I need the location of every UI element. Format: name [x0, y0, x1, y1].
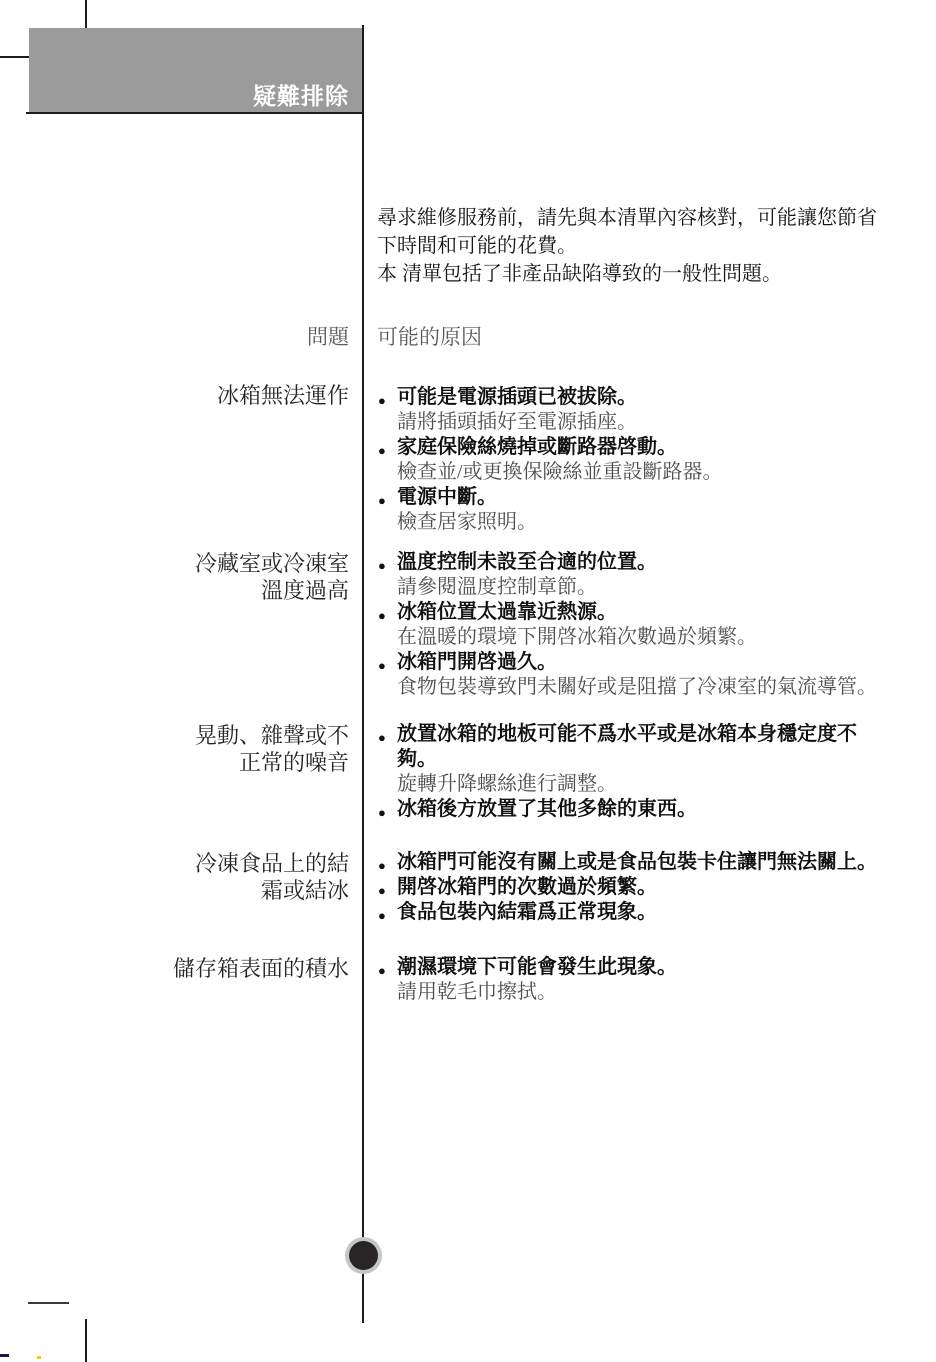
cause-column-header: 可能的原因 — [377, 324, 482, 351]
manual-page: 疑難排除 尋求維修服務前，請先與本清單內容核對，可能讓您節省 下時間和可能的花費… — [0, 0, 936, 1362]
cause-text: 放置冰箱的地板可能不爲水平或是冰箱本身穩定度不 — [397, 722, 917, 747]
problem-label: 儲存箱表面的積水 — [90, 955, 349, 982]
bullet-icon: ● — [378, 653, 386, 678]
page-number-dot — [345, 1237, 382, 1274]
remedy-text: 旋轉升降螺絲進行調整。 — [397, 772, 917, 797]
crop-mark-bottom-left-v — [85, 1319, 87, 1362]
intro-paragraph: 尋求維修服務前，請先與本清單內容核對，可能讓您節省 下時間和可能的花費。 本 清… — [377, 204, 877, 288]
remedy-text: 在溫暖的環境下開啓冰箱次數過於頻繁。 — [397, 625, 917, 650]
cause-item: ● 電源中斷。 檢查居家照明。 — [377, 485, 917, 535]
cause-item: ● 冰箱後方放置了其他多餘的東西。 — [377, 797, 917, 822]
cause-text: 食品包裝內結霜爲正常現象。 — [397, 900, 917, 925]
remedy-text: 請將插頭插好至電源插座。 — [397, 410, 917, 435]
cause-item: ● 冰箱門可能沒有關上或是食品包裝卡住讓門無法關上。 — [377, 850, 917, 875]
page-title: 疑難排除 — [253, 84, 349, 110]
remedy-text: 食物包裝導致門未關好或是阻擋了冷凍室的氣流導管。 — [397, 675, 917, 700]
cause-text: 家庭保險絲燒掉或斷路器啓動。 — [397, 435, 917, 460]
remedy-text: 檢查居家照明。 — [397, 510, 917, 535]
intro-line: 尋求維修服務前，請先與本清單內容核對，可能讓您節省 — [377, 204, 877, 232]
cause-item: ● 潮濕環境下可能會發生此現象。 請用乾毛巾擦拭。 — [377, 955, 917, 1005]
registration-speck-yellow — [37, 1356, 41, 1359]
bullet-icon: ● — [378, 553, 386, 578]
bullet-icon: ● — [378, 800, 386, 825]
cause-text: 潮濕環境下可能會發生此現象。 — [397, 955, 917, 980]
bullet-icon: ● — [378, 388, 386, 413]
remedy-text: 請參閱溫度控制章節。 — [397, 575, 917, 600]
cause-list: ● 可能是電源插頭已被拔除。 請將插頭插好至電源插座。 ● 家庭保險絲燒掉或斷路… — [377, 385, 917, 535]
intro-line: 本 清單包括了非產品缺陷導致的一般性問題。 — [377, 260, 877, 288]
cause-item: ● 溫度控制未設至合適的位置。 請參閱溫度控制章節。 — [377, 550, 917, 600]
intro-line: 下時間和可能的花費。 — [377, 232, 877, 260]
cause-item: ● 食品包裝內結霜爲正常現象。 — [377, 900, 917, 925]
bullet-icon: ● — [378, 958, 386, 983]
bullet-icon: ● — [378, 903, 386, 928]
cause-item: ● 放置冰箱的地板可能不爲水平或是冰箱本身穩定度不 夠。 旋轉升降螺絲進行調整。 — [377, 722, 917, 797]
registration-speck-blue — [0, 1354, 9, 1357]
cause-text: 冰箱位置太過靠近熱源。 — [397, 600, 917, 625]
cause-item: ● 冰箱位置太過靠近熱源。 在溫暖的環境下開啓冰箱次數過於頻繁。 — [377, 600, 917, 650]
cause-text: 開啓冰箱門的次數過於頻繁。 — [397, 875, 917, 900]
cause-list: ● 溫度控制未設至合適的位置。 請參閱溫度控制章節。 ● 冰箱位置太過靠近熱源。… — [377, 550, 917, 700]
problem-column-header: 問題 — [100, 324, 349, 351]
cause-item: ● 冰箱門開啓過久。 食物包裝導致門未關好或是阻擋了冷凍室的氣流導管。 — [377, 650, 917, 700]
bullet-icon: ● — [378, 603, 386, 628]
cause-list: ● 放置冰箱的地板可能不爲水平或是冰箱本身穩定度不 夠。 旋轉升降螺絲進行調整。… — [377, 722, 917, 822]
cause-list: ● 潮濕環境下可能會發生此現象。 請用乾毛巾擦拭。 — [377, 955, 917, 1005]
crop-mark-left — [0, 56, 29, 58]
remedy-text: 請用乾毛巾擦拭。 — [397, 980, 917, 1005]
header-bar: 疑難排除 — [29, 28, 363, 113]
bullet-icon: ● — [378, 488, 386, 513]
problem-label: 冷藏室或冷凍室 溫度過高 — [90, 550, 349, 604]
cause-item: ● 家庭保險絲燒掉或斷路器啓動。 檢查並/或更換保險絲並重設斷路器。 — [377, 435, 917, 485]
remedy-text: 檢查並/或更換保險絲並重設斷路器。 — [397, 460, 917, 485]
crop-mark-bottom-left-h — [28, 1302, 69, 1304]
page-number-dot-inner — [349, 1241, 378, 1270]
cause-item: ● 開啓冰箱門的次數過於頻繁。 — [377, 875, 917, 900]
cause-text: 冰箱門可能沒有關上或是食品包裝卡住讓門無法關上。 — [397, 850, 917, 875]
cause-text: 溫度控制未設至合適的位置。 — [397, 550, 917, 575]
cause-text: 可能是電源插頭已被拔除。 — [397, 385, 917, 410]
column-divider-line — [362, 25, 364, 1323]
problem-label: 冷凍食品上的結 霜或結冰 — [90, 850, 349, 904]
cause-text: 電源中斷。 — [397, 485, 917, 510]
cause-item: ● 可能是電源插頭已被拔除。 請將插頭插好至電源插座。 — [377, 385, 917, 435]
crop-mark-top — [85, 0, 87, 28]
bullet-icon: ● — [378, 438, 386, 463]
bullet-icon: ● — [378, 725, 386, 750]
problem-label: 冰箱無法運作 — [90, 382, 349, 409]
problem-label: 晃動、雜聲或不 正常的噪音 — [90, 722, 349, 776]
cause-list: ● 冰箱門可能沒有關上或是食品包裝卡住讓門無法關上。 ● 開啓冰箱門的次數過於頻… — [377, 850, 917, 925]
header-underline — [26, 112, 364, 114]
cause-text: 冰箱門開啓過久。 — [397, 650, 917, 675]
cause-text: 夠。 — [397, 747, 917, 772]
cause-text: 冰箱後方放置了其他多餘的東西。 — [397, 797, 917, 822]
